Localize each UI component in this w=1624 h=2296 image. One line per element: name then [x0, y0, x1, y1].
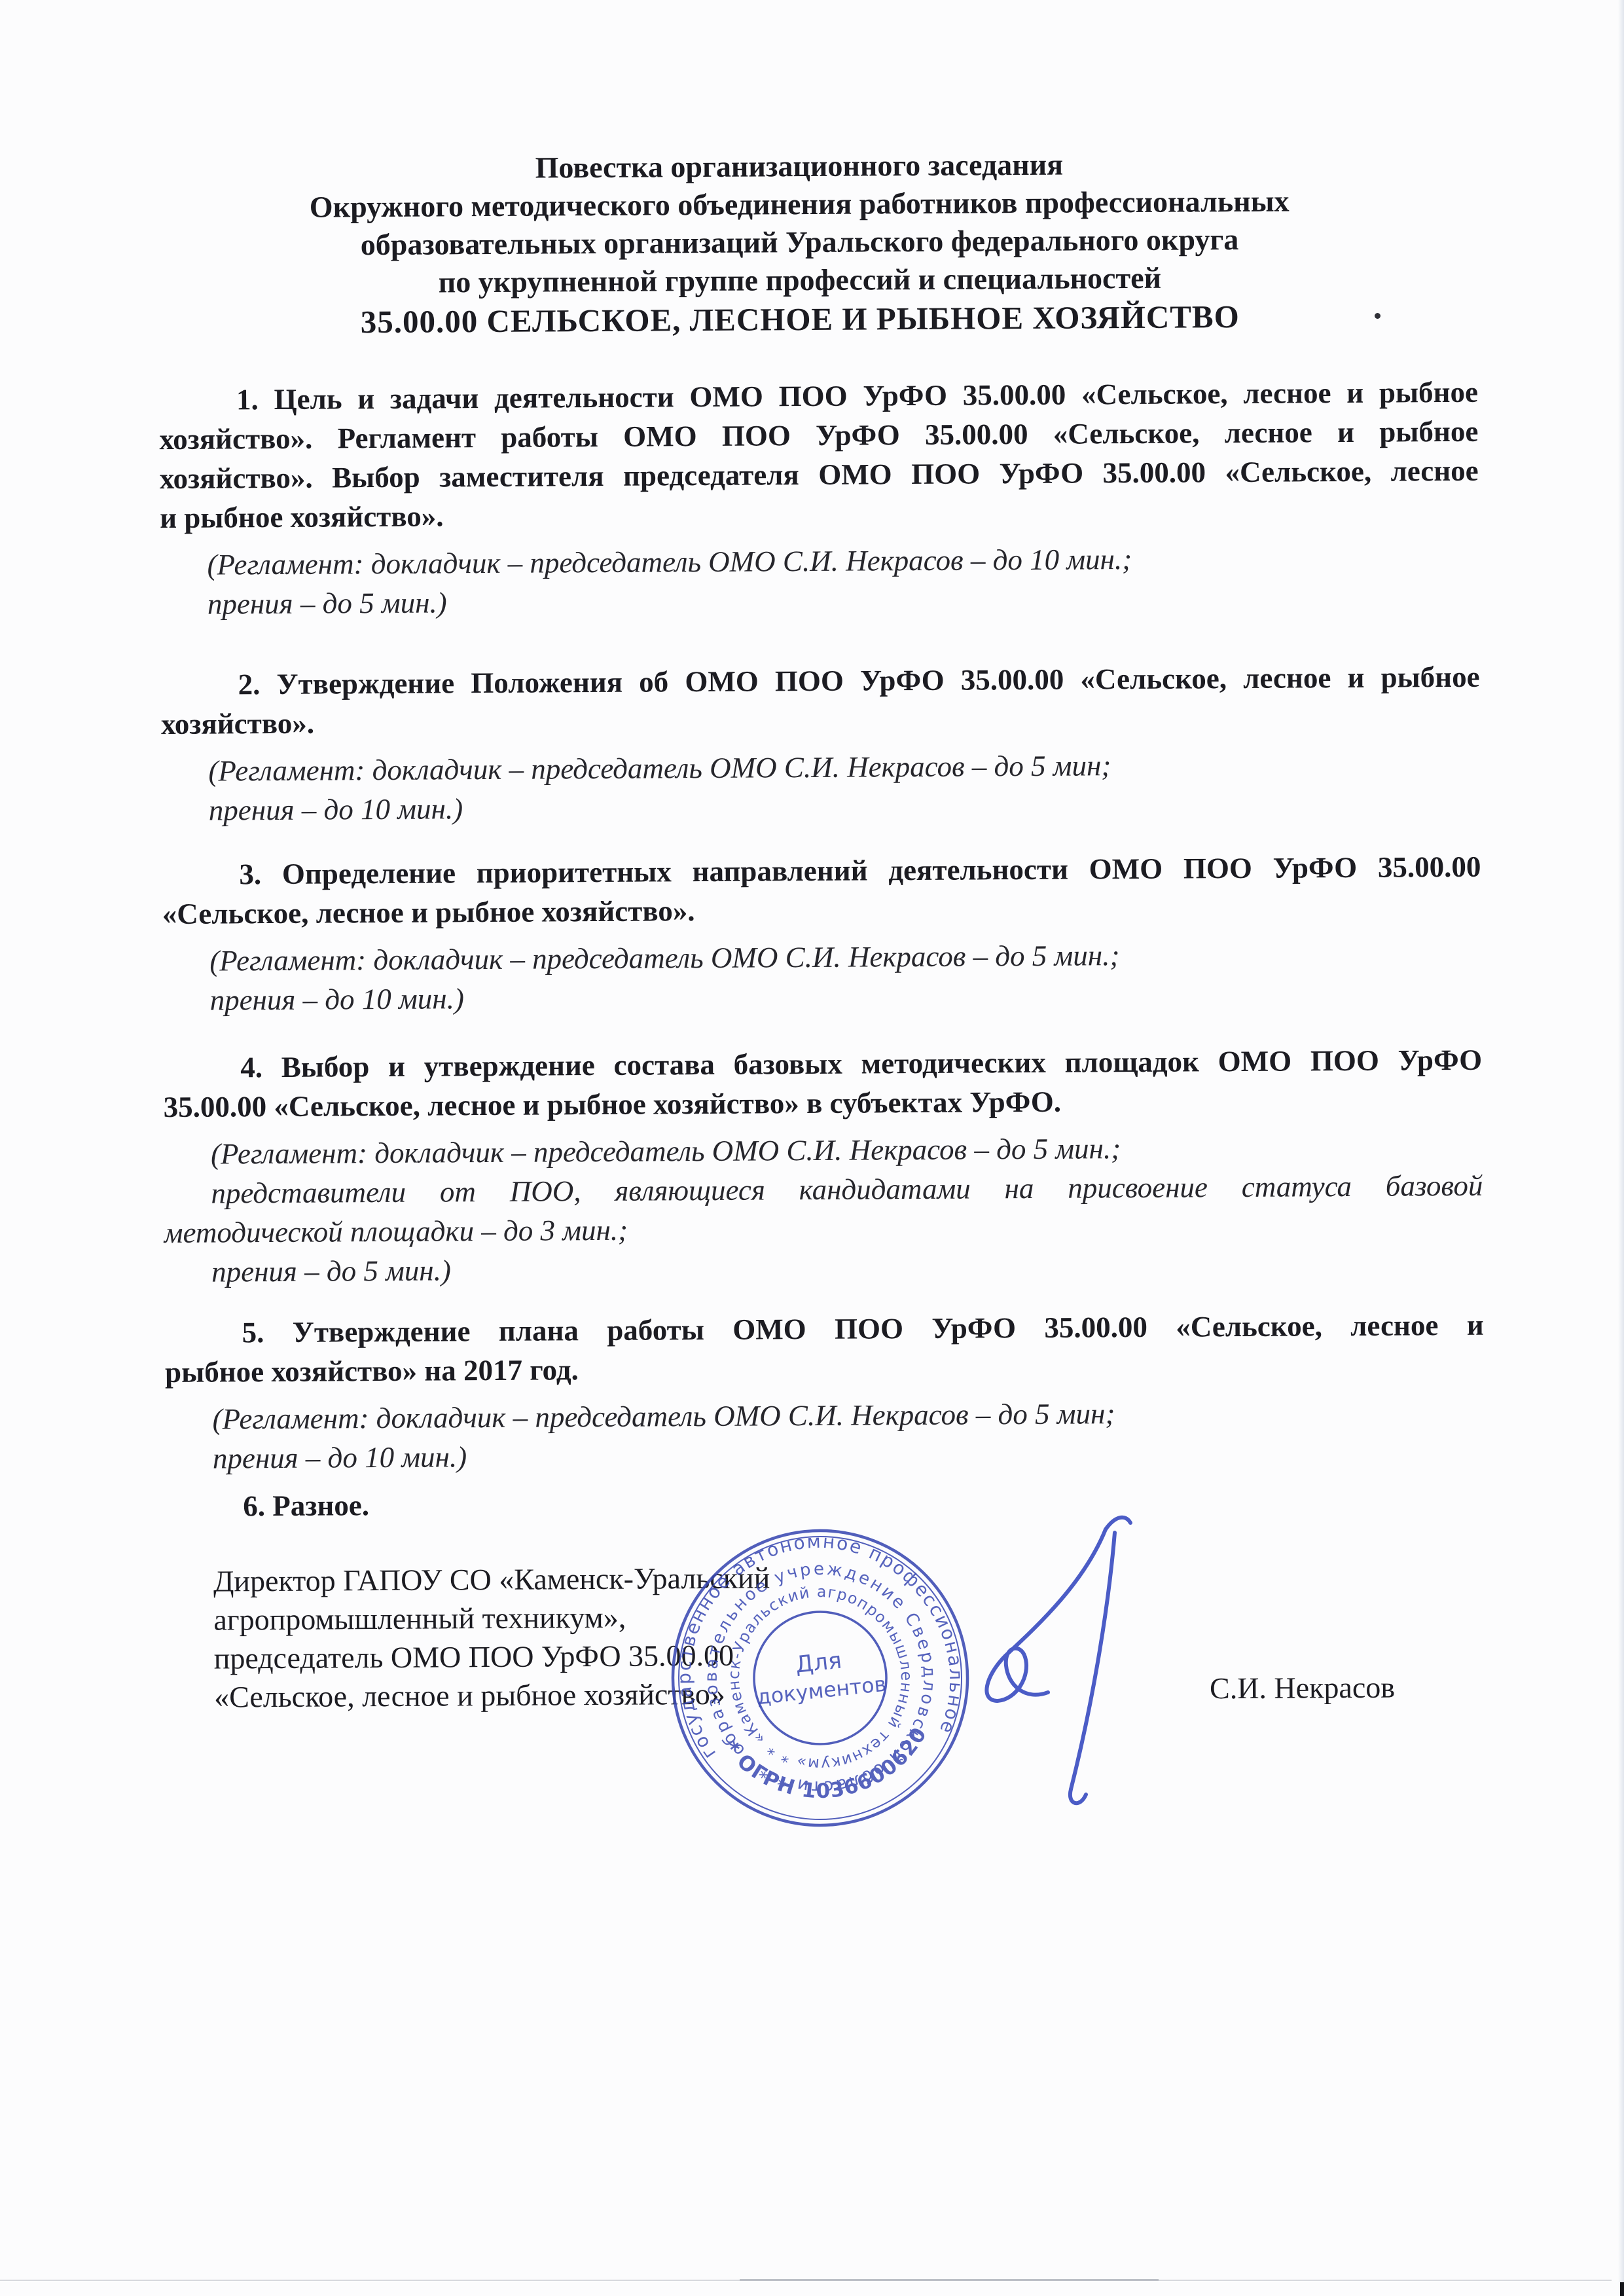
reglament-note: (Регламент: докладчик – председатель ОМО… — [161, 744, 1481, 830]
stamp-ring-texts: государственное автономное профессиональ… — [625, 1493, 979, 1879]
document-content: Повестка организационного заседанияОкруж… — [0, 0, 1624, 2296]
stamp-center-line2: документов — [755, 1673, 887, 1710]
agenda-item: 2. Утверждение Положения об ОМО ПОО УрФО… — [160, 657, 1481, 830]
reglament-note: (Регламент: докладчик – председатель ОМО… — [162, 934, 1482, 1020]
document-title: Повестка организационного заседанияОкруж… — [135, 143, 1465, 342]
reglament-line: прения – до 10 мин.) — [162, 783, 1481, 830]
signer-name: С.И. Некрасов — [1210, 1670, 1395, 1706]
title-line: по укрупненной группе профессий и специа… — [135, 257, 1464, 303]
agenda-item-line: 2. Утверждение Положения об ОМО ПОО УрФО… — [160, 657, 1479, 704]
agenda-item-line: хозяйство». — [161, 697, 1480, 744]
agenda-item-line: 35.00.00 «Сельское, лесное и рыбное хозя… — [163, 1080, 1482, 1127]
reglament-note: (Регламент: докладчик – председатель ОМО… — [165, 1392, 1485, 1478]
reglament-note: (Регламент: докладчик – председатель ОМО… — [160, 538, 1479, 624]
reglament-line: прения – до 10 мин.) — [166, 1431, 1485, 1478]
agenda-item: 3. Определение приоритетных направлений … — [162, 847, 1482, 1020]
agenda-item-line: 4. Выбор и утверждение состава базовых м… — [163, 1040, 1482, 1087]
agenda-items: 1. Цель и задачи деятельности ОМО ПОО Ур… — [0, 0, 1617, 5]
agenda-item: 5. Утверждение плана работы ОМО ПОО УрФО… — [165, 1305, 1485, 1478]
title-line: 35.00.00 СЕЛЬСКОЕ, ЛЕСНОЕ И РЫБНОЕ ХОЗЯЙ… — [135, 297, 1464, 342]
title-line: Окружного методического объединения рабо… — [135, 181, 1464, 227]
scan-speck — [1375, 313, 1380, 319]
agenda-item-line: 5. Утверждение плана работы ОМО ПОО УрФО… — [165, 1305, 1484, 1353]
reglament-line: прения – до 10 мин.) — [162, 973, 1481, 1020]
reglament-line: прения – до 5 мин.) — [164, 1245, 1483, 1292]
scan-corner-mark — [1620, 2282, 1624, 2296]
scan-edge-shadow — [1618, 0, 1624, 2296]
agenda-item-line: «Сельское, лесное и рыбное хозяйство». — [162, 886, 1481, 934]
agenda-item-line: и рыбное хозяйство». — [160, 490, 1479, 538]
agenda-item-line: 3. Определение приоритетных направлений … — [162, 847, 1481, 894]
handwritten-signature — [986, 1518, 1130, 1804]
agenda-item: 1. Цель и задачи деятельности ОМО ПОО Ур… — [159, 373, 1479, 624]
scanned-document-page: Повестка организационного заседанияОкруж… — [0, 0, 1624, 2296]
reglament-line: представители от ПОО, являющиеся кандида… — [164, 1166, 1483, 1213]
stamp-center-line1: Для — [794, 1648, 843, 1679]
agenda-item: 4. Выбор и утверждение состава базовых м… — [163, 1040, 1483, 1292]
scan-bottom-line-dark — [740, 2279, 1159, 2281]
agenda-item-line: хозяйство». Выбор заместителя председате… — [160, 451, 1479, 498]
reglament-note: (Регламент: докладчик – председатель ОМО… — [164, 1127, 1483, 1292]
agenda-item-line: рыбное хозяйство» на 2017 год. — [165, 1345, 1484, 1392]
reglament-line: прения – до 5 мин.) — [160, 577, 1479, 624]
official-round-stamp: государственное автономное профессиональ… — [625, 1493, 1188, 1879]
